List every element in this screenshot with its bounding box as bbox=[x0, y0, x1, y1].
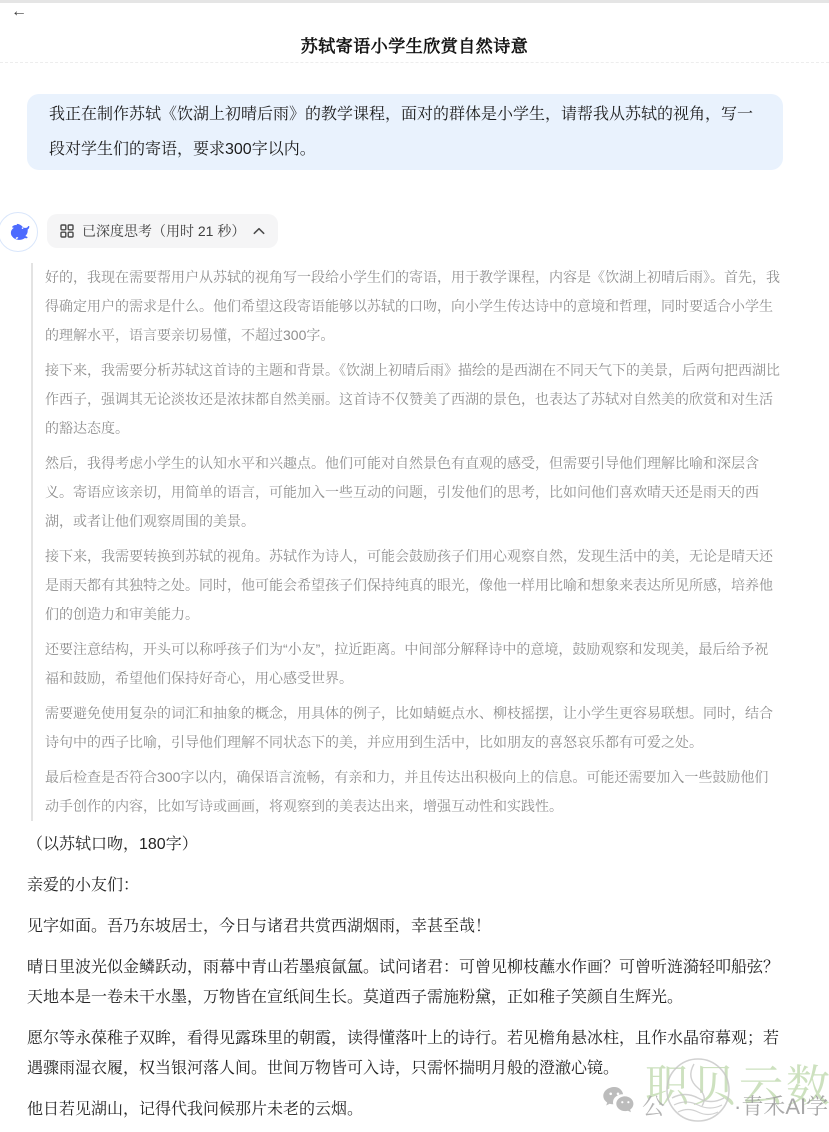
user-message-text: 我正在制作苏轼《饮湖上初晴后雨》的教学课程，面对的群体是小学生，请帮我从苏轼的视… bbox=[49, 106, 753, 158]
answer-paragraph: 见字如面。吾乃东坡居士，今日与诸君共赏西湖烟雨，幸甚至哉！ bbox=[27, 912, 787, 942]
answer-paragraph: （以苏轼口吻，180字） bbox=[27, 830, 787, 860]
window-top-edge bbox=[0, 0, 829, 3]
thinking-toggle-label: 已深度思考（用时 21 秒） bbox=[82, 221, 245, 241]
assistant-avatar bbox=[0, 212, 38, 252]
back-button[interactable]: ← bbox=[11, 3, 27, 21]
thinking-paragraph: 还要注意结构，开头可以称呼孩子们为“小友”，拉近距离。中间部分解释诗中的意境，鼓… bbox=[45, 635, 781, 693]
back-arrow-icon: ← bbox=[11, 3, 27, 20]
deepseek-whale-icon bbox=[5, 219, 31, 245]
thinking-toggle-button[interactable]: 已深度思考（用时 21 秒） bbox=[47, 214, 278, 248]
answer-paragraph: 晴日里波光似金鳞跃动，雨幕中青山若墨痕氤氲。试问诸君：可曾见柳枝蘸水作画？可曾听… bbox=[27, 953, 787, 1013]
chevron-up-icon bbox=[253, 227, 265, 235]
answer-block: （以苏轼口吻，180字） 亲爱的小友们： 见字如面。吾乃东坡居士，今日与诸君共赏… bbox=[27, 830, 787, 1132]
page-title: 苏轼寄语小学生欣赏自然诗意 bbox=[0, 32, 829, 57]
user-message-bubble: 我正在制作苏轼《饮湖上初晴后雨》的教学课程，面对的群体是小学生，请帮我从苏轼的视… bbox=[27, 94, 783, 170]
thinking-block: 好的，我现在需要帮用户从苏轼的视角写一段给小学生们的寄语，用于教学课程，内容是《… bbox=[31, 263, 781, 821]
thinking-paragraph: 最后检查是否符合300字以内，确保语言流畅，有亲和力，并且传达出积极向上的信息。… bbox=[45, 763, 781, 821]
thinking-paragraph: 需要避免使用复杂的词汇和抽象的概念，用具体的例子，比如蜻蜓点水、柳枝摇摆，让小学… bbox=[45, 699, 781, 757]
deepthink-grid-icon bbox=[60, 224, 74, 238]
thinking-paragraph: 好的，我现在需要帮用户从苏轼的视角写一段给小学生们的寄语，用于教学课程，内容是《… bbox=[45, 263, 781, 350]
answer-paragraph: 亲爱的小友们： bbox=[27, 871, 787, 901]
thinking-paragraph: 接下来，我需要分析苏轼这首诗的主题和背景。《饮湖上初晴后雨》描绘的是西湖在不同天… bbox=[45, 356, 781, 443]
thinking-paragraph: 然后，我得考虑小学生的认知水平和兴趣点。他们可能对自然景色有直观的感受，但需要引… bbox=[45, 449, 781, 536]
thinking-paragraph: 接下来，我需要转换到苏轼的视角。苏轼作为诗人，可能会鼓励孩子们用心观察自然，发现… bbox=[45, 542, 781, 629]
answer-paragraph: 愿尔等永葆稚子双眸，看得见露珠里的朝霞，读得懂落叶上的诗行。若见檐角悬冰柱，且作… bbox=[27, 1024, 787, 1084]
header-divider bbox=[0, 62, 829, 63]
answer-paragraph: 他日若见湖山，记得代我问候那片未老的云烟。 bbox=[27, 1095, 787, 1125]
